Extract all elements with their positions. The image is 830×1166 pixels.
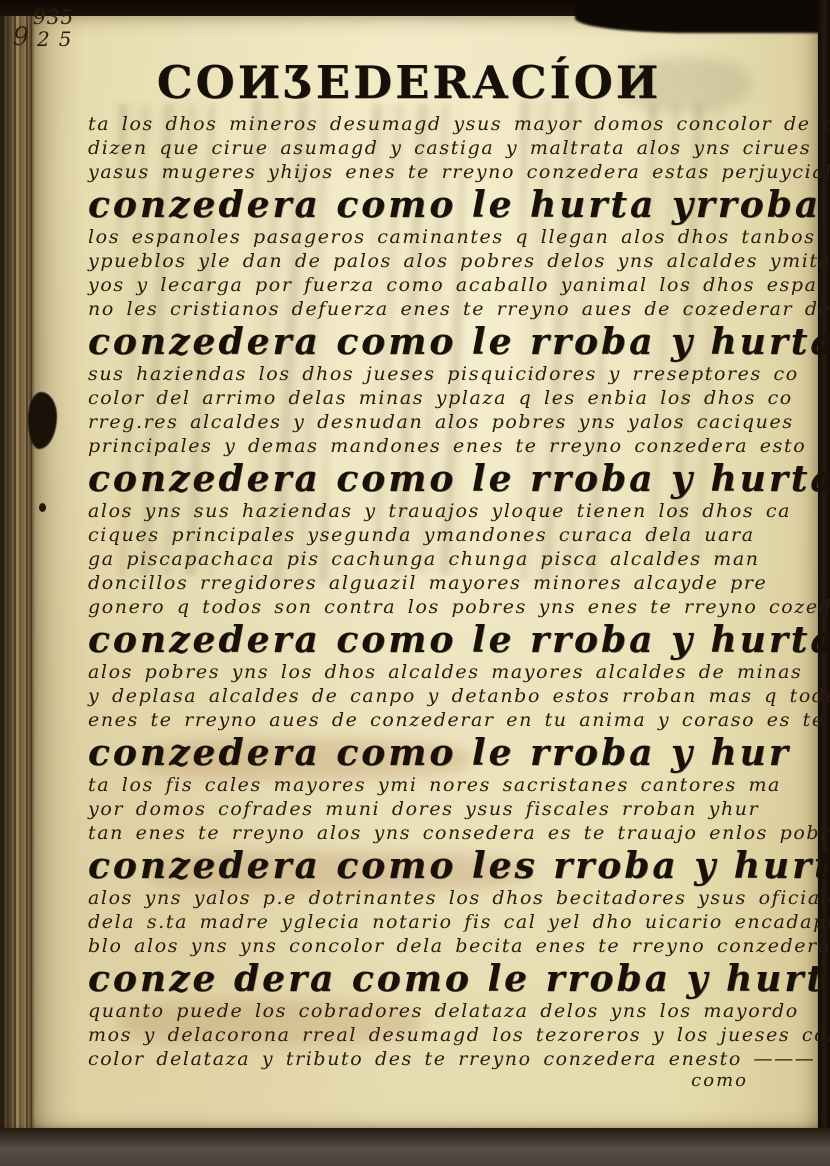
text-line: ta los dhos mineros desumagd ysus mayor … <box>88 112 814 136</box>
text-line: doncillos rregidores alguazil mayores mi… <box>88 571 814 595</box>
text-line: dizen que cirue asumagd y castiga y malt… <box>88 136 814 160</box>
paragraph: alos pobres yns los dhos alcaldes mayore… <box>88 660 814 732</box>
text-line: alos yns sus haziendas y trauajos yloque… <box>88 499 814 523</box>
manuscript-photo: 9 935 25 COИƷEDERACÍOИ ta los dhos miner… <box>0 0 830 1166</box>
text-line: yos y lecarga por fuerza como acaballo y… <box>88 273 814 297</box>
text-line: ypueblos yle dan de palos alos pobres de… <box>88 249 814 273</box>
text-line: enes te rreyno aues de conzederar en tu … <box>88 708 814 732</box>
folio-number-left: 9 <box>13 22 29 51</box>
text-line: yasus mugeres yhijos enes te rreyno conz… <box>88 160 814 184</box>
bottom-photo-edge <box>0 1128 830 1166</box>
manuscript-content: COИƷEDERACÍOИ ta los dhos mineros desuma… <box>88 0 814 1091</box>
manuscript-body: ta los dhos mineros desumagd ysus mayor … <box>88 112 814 1071</box>
text-line: dela s.ta madre yglecia notario fis cal … <box>88 910 814 934</box>
paragraph: ta los fis cales mayores ymi nores sacri… <box>88 773 814 845</box>
gutter-seam-shadow <box>29 0 34 1166</box>
text-line: gonero q todos son contra los pobres yns… <box>88 595 814 619</box>
text-line: alos pobres yns los dhos alcaldes mayore… <box>88 660 814 684</box>
paragraph: ta los dhos mineros desumagd ysus mayor … <box>88 112 814 184</box>
text-line: ga piscapachaca pis cachunga chunga pisc… <box>88 547 814 571</box>
paragraph: alos yns sus haziendas y trauajos yloque… <box>88 499 814 619</box>
text-line: color del arrimo delas minas yplaza q le… <box>88 386 814 410</box>
text-line: principales y demas mandones enes te rre… <box>88 434 814 458</box>
paragraph: sus haziendas los dhos jueses pisquicido… <box>88 362 814 458</box>
text-line: color delataza y tributo des te rreyno c… <box>88 1047 814 1071</box>
section-heading: conzedera como le rroba y hur <box>88 734 814 772</box>
section-heading: conze dera como le rroba y hurta <box>88 960 814 998</box>
page-title: COИƷEDERACÍOИ <box>88 58 814 108</box>
catchword: como <box>88 1071 814 1091</box>
folio-number-top: 935 <box>33 5 74 29</box>
text-line: blo alos yns yns concolor dela becita en… <box>88 934 814 958</box>
folio-number-bottom: 25 <box>37 27 80 51</box>
paragraph: alos yns yalos p.e dotrinantes los dhos … <box>88 886 814 958</box>
text-line: y deplasa alcaldes de canpo y detanbo es… <box>88 684 814 708</box>
text-line: tan enes te rreyno alos yns consedera es… <box>88 821 814 845</box>
text-line: mos y delacorona rreal desumagd los tezo… <box>88 1023 814 1047</box>
text-line: ta los fis cales mayores ymi nores sacri… <box>88 773 814 797</box>
text-line: los espanoles pasageros caminantes q lle… <box>88 225 814 249</box>
section-heading: conzedera como le rroba y hurta <box>88 621 814 659</box>
text-line: quanto puede los cobradores delataza del… <box>88 999 814 1023</box>
text-line: yor domos cofrades muni dores ysus fisca… <box>88 797 814 821</box>
section-heading: conzedera como le hurta yrroba <box>88 186 814 224</box>
paragraph: quanto puede los cobradores delataza del… <box>88 999 814 1071</box>
section-heading: conzedera como le rroba y hurta: <box>88 323 814 361</box>
text-line: no les cristianos defuerza enes te rreyn… <box>88 297 814 321</box>
section-heading: conzedera como le rroba y hurta <box>88 460 814 498</box>
text-line: ciques principales ysegunda ymandones cu… <box>88 523 814 547</box>
section-heading: conzedera como les rroba y hurta <box>88 847 814 885</box>
binding-gutter <box>0 0 32 1166</box>
text-line: alos yns yalos p.e dotrinantes los dhos … <box>88 886 814 910</box>
margin-ink-dot <box>39 503 46 512</box>
text-line: sus haziendas los dhos jueses pisquicido… <box>88 362 814 386</box>
text-line: rreg.res alcaldes y desnudan alos pobres… <box>88 410 814 434</box>
paragraph: los espanoles pasageros caminantes q lle… <box>88 225 814 321</box>
